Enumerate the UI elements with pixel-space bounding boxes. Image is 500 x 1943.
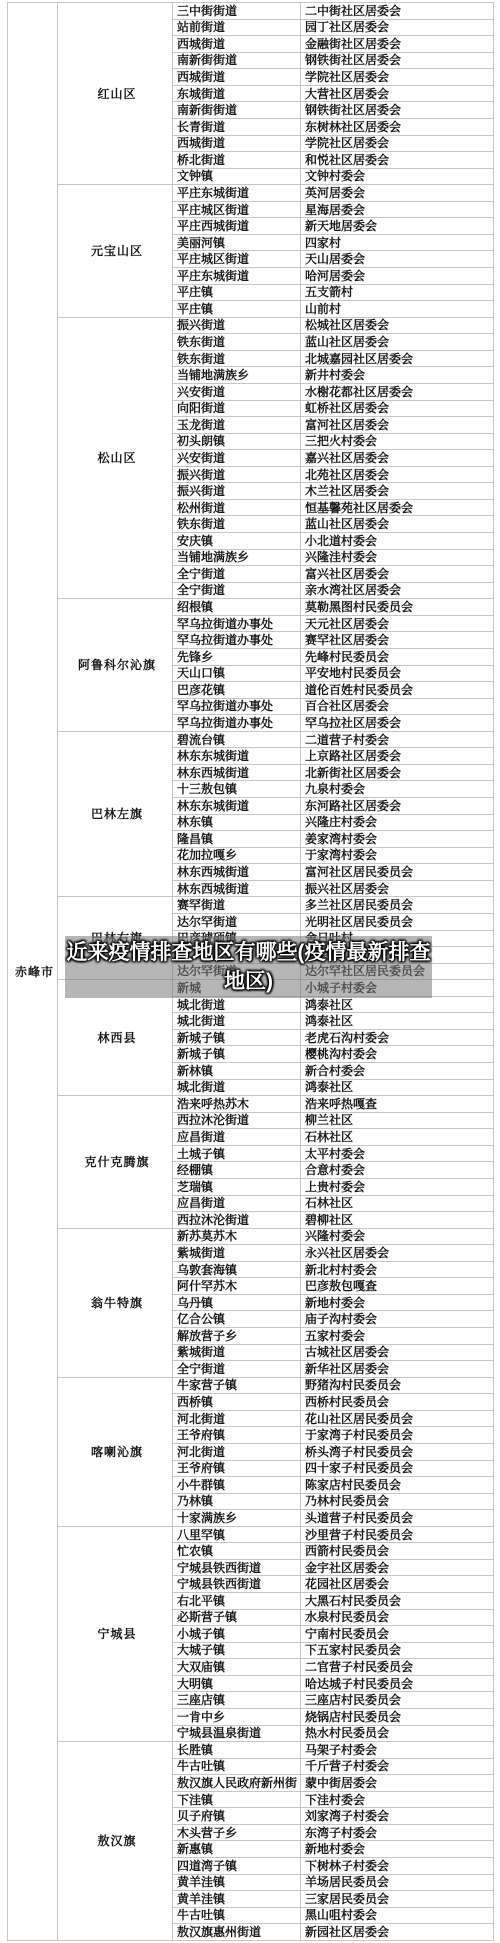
street-cell: 罕乌拉街道办事处 xyxy=(173,698,301,715)
committee-cell: 鸿泰社区 xyxy=(301,1013,494,1030)
committee-cell: 桥头湾子村民委员会 xyxy=(301,1443,494,1460)
committee-cell: 老虎石沟村委会 xyxy=(301,1029,494,1046)
street-cell: 土城子镇 xyxy=(173,1145,301,1162)
committee-cell: 烧锅店村民委员会 xyxy=(301,1708,494,1725)
street-cell: 阿什罕苏木 xyxy=(173,1278,301,1295)
committee-cell: 水泉村民委员会 xyxy=(301,1609,494,1626)
committee-cell: 员会 xyxy=(301,947,494,964)
street-cell: 牛古吐镇 xyxy=(173,1758,301,1775)
street-cell: 林东西城街道 xyxy=(173,864,301,881)
street-cell: 四道湾子镇 xyxy=(173,1858,301,1875)
committee-cell: 三座店村民委员会 xyxy=(301,1692,494,1709)
street-cell: 平庄城区街道 xyxy=(173,251,301,268)
street-cell: 桥北街道 xyxy=(173,152,301,169)
street-cell: 平庄东城街道 xyxy=(173,185,301,202)
street-cell: 城北街道 xyxy=(173,1079,301,1096)
street-cell: 长胜镇 xyxy=(173,1742,301,1759)
committee-cell: 金宇社区居委会 xyxy=(301,1559,494,1576)
committee-cell: 上京路社区居委会 xyxy=(301,748,494,765)
street-cell: 巴彦琥硕镇 xyxy=(173,930,301,947)
committee-cell: 三把火村委会 xyxy=(301,433,494,450)
street-cell: 林东东城街道 xyxy=(173,748,301,765)
committee-cell: 新华社区居委会 xyxy=(301,1361,494,1378)
street-cell: 下洼镇 xyxy=(173,1791,301,1808)
street-cell: 罕乌拉街道办事处 xyxy=(173,715,301,732)
street-cell: 十家满族乡 xyxy=(173,1510,301,1527)
street-cell: 王爷府镇 xyxy=(173,1460,301,1477)
committee-cell: 永兴社区居委会 xyxy=(301,1245,494,1262)
committee-cell: 大黑石村民委员会 xyxy=(301,1593,494,1610)
street-cell: 乌敦套海镇 xyxy=(173,1261,301,1278)
street-cell: 宁城县温泉街道 xyxy=(173,1725,301,1742)
committee-cell: 道伦百姓村民委员会 xyxy=(301,682,494,699)
committee-cell: 松城社区居委会 xyxy=(301,317,494,334)
street-cell: 铁东街道 xyxy=(173,516,301,533)
committee-cell: 兴隆村委会 xyxy=(301,1228,494,1245)
committee-cell: 沙里营子村民委员会 xyxy=(301,1526,494,1543)
committee-cell: 五支箭村 xyxy=(301,284,494,301)
table-row: 赤峰市红山区三中街街道二中街社区居委会 xyxy=(8,3,494,20)
committee-cell: 野猪沟村民委员会 xyxy=(301,1377,494,1394)
street-cell: 林东东城街道 xyxy=(173,798,301,815)
committee-cell: 花山社区居民委员会 xyxy=(301,1410,494,1427)
committee-cell: 姜家湾村委会 xyxy=(301,831,494,848)
street-cell: 乌丹镇 xyxy=(173,1294,301,1311)
committee-cell: 庙子沟村委会 xyxy=(301,1311,494,1328)
committee-cell: 乃林村民委员会 xyxy=(301,1493,494,1510)
committee-cell: 亲水湾社区居委会 xyxy=(301,582,494,599)
street-cell: 必斯营子镇 xyxy=(173,1609,301,1626)
committee-cell: 蓝山社区居委会 xyxy=(301,516,494,533)
street-cell: 全宁街道 xyxy=(173,582,301,599)
street-cell: 铁东街道 xyxy=(173,334,301,351)
street-cell: 兴安街道 xyxy=(173,450,301,467)
committee-cell: 百合社区居委会 xyxy=(301,698,494,715)
street-cell: 黄羊洼镇 xyxy=(173,1874,301,1891)
committee-cell: 太平村委会 xyxy=(301,1145,494,1162)
street-cell: 文钟镇 xyxy=(173,168,301,185)
district-cell: 宁城县 xyxy=(58,1526,173,1741)
table-row: 松山区振兴街道松城社区居委会 xyxy=(8,317,494,334)
committee-cell: 马架子村委会 xyxy=(301,1742,494,1759)
committee-cell: 北苑社区居委会 xyxy=(301,466,494,483)
street-cell: 平庄东城街道 xyxy=(173,268,301,285)
street-cell: 林东西城街道 xyxy=(173,880,301,897)
street-cell: 松州街道 xyxy=(173,499,301,516)
committee-cell: 柳兰社区 xyxy=(301,1112,494,1129)
committee-cell: 哈达城子村民委员会 xyxy=(301,1675,494,1692)
committee-cell: 鸿泰社区 xyxy=(301,1079,494,1096)
committee-cell: 头道营子村民委员会 xyxy=(301,1510,494,1527)
street-cell: 东城街道 xyxy=(173,85,301,102)
street-cell: 天山口镇 xyxy=(173,665,301,682)
committee-cell: 于家湾子村民委员会 xyxy=(301,1427,494,1444)
committee-cell: 兴隆洼村委会 xyxy=(301,549,494,566)
committee-cell: 哈河居委会 xyxy=(301,268,494,285)
street-cell: 三中街街道 xyxy=(173,3,301,20)
district-cell: 阿鲁科尔沁旗 xyxy=(58,599,173,732)
committee-cell: 四家村 xyxy=(301,234,494,251)
street-cell: 木头营子乡 xyxy=(173,1824,301,1841)
committee-cell: 蓝山社区居委会 xyxy=(301,334,494,351)
street-cell: 亿合公镇 xyxy=(173,1311,301,1328)
committee-cell: 恒基馨苑社区居委会 xyxy=(301,499,494,516)
committee-cell: 宁南村民委员会 xyxy=(301,1626,494,1643)
committee-cell: 虹桥社区居委会 xyxy=(301,400,494,417)
committee-cell: 新井村委会 xyxy=(301,367,494,384)
street-cell: 先锋乡 xyxy=(173,648,301,665)
committee-cell: 多兰社区居民委员会 xyxy=(301,897,494,914)
committee-cell: 三家居民委员会 xyxy=(301,1891,494,1908)
street-cell: 应昌街道 xyxy=(173,1129,301,1146)
street-cell: 城北街道 xyxy=(173,996,301,1013)
committee-cell: 刘家湾子村委会 xyxy=(301,1808,494,1825)
street-cell xyxy=(173,947,301,964)
committee-cell: 巴彦敖包嘎查 xyxy=(301,1278,494,1295)
committee-cell: 英河居委会 xyxy=(301,185,494,202)
street-cell: 紫城街道 xyxy=(173,1245,301,1262)
committee-cell: 新北村村委会 xyxy=(301,1261,494,1278)
street-cell: 河北街道 xyxy=(173,1410,301,1427)
street-cell: 西城街道 xyxy=(173,135,301,152)
district-cell: 翁牛特旗 xyxy=(58,1228,173,1377)
committee-cell: 下树林子村委会 xyxy=(301,1858,494,1875)
committee-cell: 下五家村民委员会 xyxy=(301,1642,494,1659)
table-row: 元宝山区平庄东城街道英河居委会 xyxy=(8,185,494,202)
street-cell: 芝瑞镇 xyxy=(173,1178,301,1195)
district-cell: 元宝山区 xyxy=(58,185,173,318)
street-cell: 小牛群镇 xyxy=(173,1477,301,1494)
district-cell: 克什克腾旗 xyxy=(58,1096,173,1229)
committee-cell: 富河社区居民委员会 xyxy=(301,864,494,881)
committee-cell: 学院社区居委会 xyxy=(301,69,494,86)
street-cell: 西拉沐沦街道 xyxy=(173,1212,301,1229)
street-cell: 新林镇 xyxy=(173,1063,301,1080)
street-cell: 巴彦花镇 xyxy=(173,682,301,699)
committee-cell: 西桥村民委员会 xyxy=(301,1394,494,1411)
street-cell: 西拉沐沦街道 xyxy=(173,1112,301,1129)
committee-cell: 舍日吐村 xyxy=(301,930,494,947)
street-cell: 南新街街道 xyxy=(173,102,301,119)
street-cell: 十三敖包镇 xyxy=(173,781,301,798)
committee-cell: 小北道村委会 xyxy=(301,533,494,550)
street-cell: 隆昌镇 xyxy=(173,831,301,848)
committee-cell: 西箭村民委员会 xyxy=(301,1543,494,1560)
street-cell: 紫城街道 xyxy=(173,1344,301,1361)
table-row: 林西县新城小城子村委会 xyxy=(8,980,494,997)
street-cell: 新惠镇 xyxy=(173,1841,301,1858)
street-cell: 应昌街道 xyxy=(173,1195,301,1212)
street-cell: 当铺地满族乡 xyxy=(173,549,301,566)
district-cell: 红山区 xyxy=(58,3,173,185)
committee-cell: 下洼村委会 xyxy=(301,1791,494,1808)
committee-cell: 文钟村委会 xyxy=(301,168,494,185)
committee-cell: 赛罕社区居委会 xyxy=(301,632,494,649)
committee-cell: 天元社区居委会 xyxy=(301,615,494,632)
committee-cell: 天山居委会 xyxy=(301,251,494,268)
committee-cell: 达尔罕社区居民委员会 xyxy=(301,963,494,980)
committee-cell: 五家村委会 xyxy=(301,1328,494,1345)
committee-cell: 鸿泰社区 xyxy=(301,996,494,1013)
street-cell: 黄羊洼镇 xyxy=(173,1891,301,1908)
committee-cell: 罕乌拉社区居委会 xyxy=(301,715,494,732)
committee-cell: 羊场居民委员会 xyxy=(301,1874,494,1891)
committee-cell: 振兴社区居委会 xyxy=(301,880,494,897)
committee-cell: 光明社区居民委员会 xyxy=(301,913,494,930)
street-cell: 振兴街道 xyxy=(173,483,301,500)
table-row: 翁牛特旗新苏莫苏木兴隆村委会 xyxy=(8,1228,494,1245)
street-cell: 乃林镇 xyxy=(173,1493,301,1510)
committee-cell: 浩来呼热嘎查 xyxy=(301,1096,494,1113)
committee-cell: 新地村委会 xyxy=(301,1294,494,1311)
street-cell: 平庄镇 xyxy=(173,284,301,301)
street-cell: 浩来呼热苏木 xyxy=(173,1096,301,1113)
street-cell: 碧流台镇 xyxy=(173,731,301,748)
committee-cell: 古城社区居委会 xyxy=(301,1344,494,1361)
city-cell: 赤峰市 xyxy=(8,3,58,1941)
district-cell: 巴林左旗 xyxy=(58,731,173,897)
street-cell: 右北平镇 xyxy=(173,1593,301,1610)
street-cell: 安庆镇 xyxy=(173,533,301,550)
committee-cell: 合意村委会 xyxy=(301,1162,494,1179)
street-cell: 振兴街道 xyxy=(173,466,301,483)
committee-cell: 莫勒黑图村民委员会 xyxy=(301,599,494,616)
committee-cell: 园丁社区居委会 xyxy=(301,19,494,36)
street-cell: 平庄城区街道 xyxy=(173,201,301,218)
committee-cell: 于家湾村委会 xyxy=(301,847,494,864)
committee-cell: 金融街社区居委会 xyxy=(301,36,494,53)
table-row: 阿鲁科尔沁旗绍根镇莫勒黑图村民委员会 xyxy=(8,599,494,616)
street-cell: 林东西城街道 xyxy=(173,764,301,781)
committee-cell: 陈家店村民委员会 xyxy=(301,1477,494,1494)
committee-cell: 东河路社区居委会 xyxy=(301,798,494,815)
committee-cell: 千斤营子村委会 xyxy=(301,1758,494,1775)
committee-cell: 东树林社区居委会 xyxy=(301,118,494,135)
street-cell: 西城街道 xyxy=(173,36,301,53)
street-cell: 贝子府镇 xyxy=(173,1808,301,1825)
street-cell: 长青街道 xyxy=(173,118,301,135)
committee-cell: 北城嘉园社区居委会 xyxy=(301,350,494,367)
committee-cell: 学院社区居委会 xyxy=(301,135,494,152)
committee-cell: 新合村委会 xyxy=(301,1063,494,1080)
district-cell: 巴林右旗 xyxy=(58,897,173,980)
street-cell: 初头朗镇 xyxy=(173,433,301,450)
street-cell: 敖汉旗惠州街道 xyxy=(173,1924,301,1941)
street-cell: 小城子镇 xyxy=(173,1626,301,1643)
committee-cell: 北新街社区居委会 xyxy=(301,764,494,781)
street-cell: 大城子镇 xyxy=(173,1642,301,1659)
committee-cell: 和悦社区居委会 xyxy=(301,152,494,169)
district-cell: 敖汉旗 xyxy=(58,1742,173,1941)
table-row: 克什克腾旗浩来呼热苏木浩来呼热嘎查 xyxy=(8,1096,494,1113)
street-cell: 全宁街道 xyxy=(173,1361,301,1378)
table-row: 喀喇沁旗牛家营子镇野猪沟村民委员会 xyxy=(8,1377,494,1394)
street-cell: 忙农镇 xyxy=(173,1543,301,1560)
district-cell: 林西县 xyxy=(58,980,173,1096)
street-cell: 罕乌拉街道办事处 xyxy=(173,632,301,649)
street-cell: 兴安街道 xyxy=(173,383,301,400)
street-cell: 城北街道 xyxy=(173,1013,301,1030)
committee-cell: 新天地居委会 xyxy=(301,218,494,235)
committee-cell: 碧柳社区 xyxy=(301,1212,494,1229)
street-cell: 达尔罕街道 xyxy=(173,913,301,930)
committee-cell: 热水村民委员会 xyxy=(301,1725,494,1742)
street-cell: 玉龙街道 xyxy=(173,417,301,434)
street-cell: 振兴街道 xyxy=(173,317,301,334)
street-cell: 站前街道 xyxy=(173,19,301,36)
committee-cell: 二道营子村委会 xyxy=(301,731,494,748)
street-cell: 三座店镇 xyxy=(173,1692,301,1709)
table-row: 敖汉旗长胜镇马架子村委会 xyxy=(8,1742,494,1759)
street-cell: 新城子镇 xyxy=(173,1046,301,1063)
committee-cell: 小城子村委会 xyxy=(301,980,494,997)
street-cell: 全宁街道 xyxy=(173,566,301,583)
street-cell: 宁城县铁西街道 xyxy=(173,1559,301,1576)
committee-cell: 大营社区居委会 xyxy=(301,85,494,102)
committee-cell: 新园社区居委会 xyxy=(301,1924,494,1941)
street-cell: 铁东街道 xyxy=(173,350,301,367)
committee-cell: 富兴社区居委会 xyxy=(301,566,494,583)
committee-cell: 黑山咀村委会 xyxy=(301,1907,494,1924)
committee-cell: 九泉村委会 xyxy=(301,781,494,798)
committee-cell: 东湾子村委会 xyxy=(301,1824,494,1841)
committee-cell: 樱桃沟村委会 xyxy=(301,1046,494,1063)
street-cell: 花加拉嘎乡 xyxy=(173,847,301,864)
street-cell: 达尔罕街道 xyxy=(173,963,301,980)
street-cell: 绍根镇 xyxy=(173,599,301,616)
street-cell: 罕乌拉街道办事处 xyxy=(173,615,301,632)
committee-cell: 钢铁街社区居委会 xyxy=(301,52,494,69)
street-cell: 平庄镇 xyxy=(173,301,301,318)
district-cell: 喀喇沁旗 xyxy=(58,1377,173,1526)
committee-cell: 上贵村委会 xyxy=(301,1178,494,1195)
street-cell: 美丽河镇 xyxy=(173,234,301,251)
committee-cell: 二官营子村民委员会 xyxy=(301,1659,494,1676)
table-row: 宁城县八里罕镇沙里营子村民委员会 xyxy=(8,1526,494,1543)
committee-cell: 山前村 xyxy=(301,301,494,318)
district-cell: 松山区 xyxy=(58,317,173,599)
committee-cell: 二中街社区居委会 xyxy=(301,3,494,20)
committee-cell: 富河社区居委会 xyxy=(301,417,494,434)
street-cell: 大双庙镇 xyxy=(173,1659,301,1676)
street-cell: 向阳街道 xyxy=(173,400,301,417)
street-cell: 平庄西城街道 xyxy=(173,218,301,235)
street-cell: 八里罕镇 xyxy=(173,1526,301,1543)
committee-cell: 四十家子村民委员会 xyxy=(301,1460,494,1477)
street-cell: 南新街街道 xyxy=(173,52,301,69)
table-row: 巴林右旗赛罕街道多兰社区居民委员会 xyxy=(8,897,494,914)
street-cell: 解放营子乡 xyxy=(173,1328,301,1345)
committee-cell: 石林社区 xyxy=(301,1129,494,1146)
committee-cell: 木兰社区居委会 xyxy=(301,483,494,500)
committee-cell: 星海居委会 xyxy=(301,201,494,218)
street-cell: 敖汉旗人民政府新州街 xyxy=(173,1775,301,1792)
street-cell: 新城 xyxy=(173,980,301,997)
committee-cell: 石林社区 xyxy=(301,1195,494,1212)
street-cell: 新苏莫苏木 xyxy=(173,1228,301,1245)
street-cell: 林东镇 xyxy=(173,814,301,831)
street-cell: 西桥镇 xyxy=(173,1394,301,1411)
epidemic-areas-table-wrapper: 赤峰市红山区三中街街道二中街社区居委会站前街道园丁社区居委会西城街道金融街社区居… xyxy=(7,2,493,1941)
street-cell: 西城街道 xyxy=(173,69,301,86)
committee-cell: 嘉兴社区居委会 xyxy=(301,450,494,467)
street-cell: 赛罕街道 xyxy=(173,897,301,914)
street-cell: 大明镇 xyxy=(173,1675,301,1692)
street-cell: 经棚镇 xyxy=(173,1162,301,1179)
committee-cell: 水榭花都社区居委会 xyxy=(301,383,494,400)
street-cell: 当铺地满族乡 xyxy=(173,367,301,384)
committee-cell: 花园社区居委会 xyxy=(301,1576,494,1593)
committee-cell: 钢铁街社区居委会 xyxy=(301,102,494,119)
street-cell: 河北街道 xyxy=(173,1443,301,1460)
committee-cell: 兴隆庄村委会 xyxy=(301,814,494,831)
street-cell: 宁城县铁西街道 xyxy=(173,1576,301,1593)
epidemic-areas-table: 赤峰市红山区三中街街道二中街社区居委会站前街道园丁社区居委会西城街道金融街社区居… xyxy=(7,2,494,1941)
street-cell: 王爷府镇 xyxy=(173,1427,301,1444)
street-cell: 新城子镇 xyxy=(173,1029,301,1046)
committee-cell: 蒙中街居委会 xyxy=(301,1775,494,1792)
committee-cell: 先峰村民委员会 xyxy=(301,648,494,665)
committee-cell: 新地村委会 xyxy=(301,1841,494,1858)
street-cell: 一肯中乡 xyxy=(173,1708,301,1725)
street-cell: 牛家营子镇 xyxy=(173,1377,301,1394)
committee-cell: 平安地村民委员会 xyxy=(301,665,494,682)
table-row: 巴林左旗碧流台镇二道营子村委会 xyxy=(8,731,494,748)
street-cell: 牛古吐镇 xyxy=(173,1907,301,1924)
